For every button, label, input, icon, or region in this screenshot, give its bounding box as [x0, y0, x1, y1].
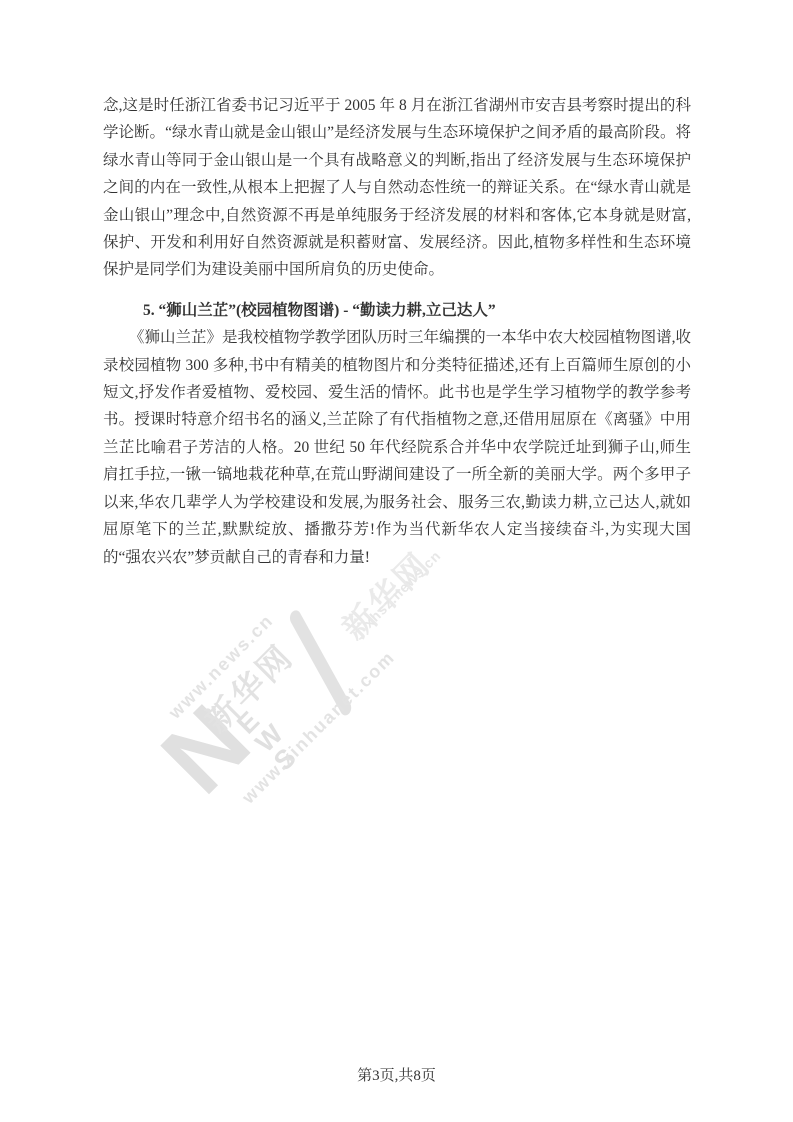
- watermark-xinhuanet-url: www.xinhuanet.com: [238, 647, 399, 808]
- xinhua-logo-chinese-text: 新华网: [193, 632, 303, 742]
- page-number-indicator: 第3页,共8页: [0, 1066, 793, 1086]
- watermark-swoosh-slash-icon: [288, 607, 354, 718]
- paragraph-green-mountains-concept: 念,这是时任浙江省委书记习近平于 2005 年 8 月在浙江省湖州市安吉县考察时…: [103, 92, 691, 284]
- xinhua-news-logo-n: N: [145, 689, 267, 811]
- document-page: www.news.cn N 新华网 EWS www.xinhuanet.com …: [0, 0, 793, 1122]
- document-body: 念,这是时任浙江省委书记习近平于 2005 年 8 月在浙江省湖州市安吉县考察时…: [103, 92, 691, 571]
- xinhua-news-logo-ews: EWS: [233, 700, 308, 775]
- watermark-news-cn-url: www.news.cn: [165, 610, 278, 723]
- paragraph-shishan-lanzhi-book: 《狮山兰芷》是我校植物学教学团队历时三年编撰的一本华中农大校园植物图谱,收录校园…: [103, 324, 691, 571]
- section-heading-5-shishan-lanzhi: 5. “狮山兰芷”(校园植物图谱) - “勤读力耕,立己达人”: [143, 297, 691, 324]
